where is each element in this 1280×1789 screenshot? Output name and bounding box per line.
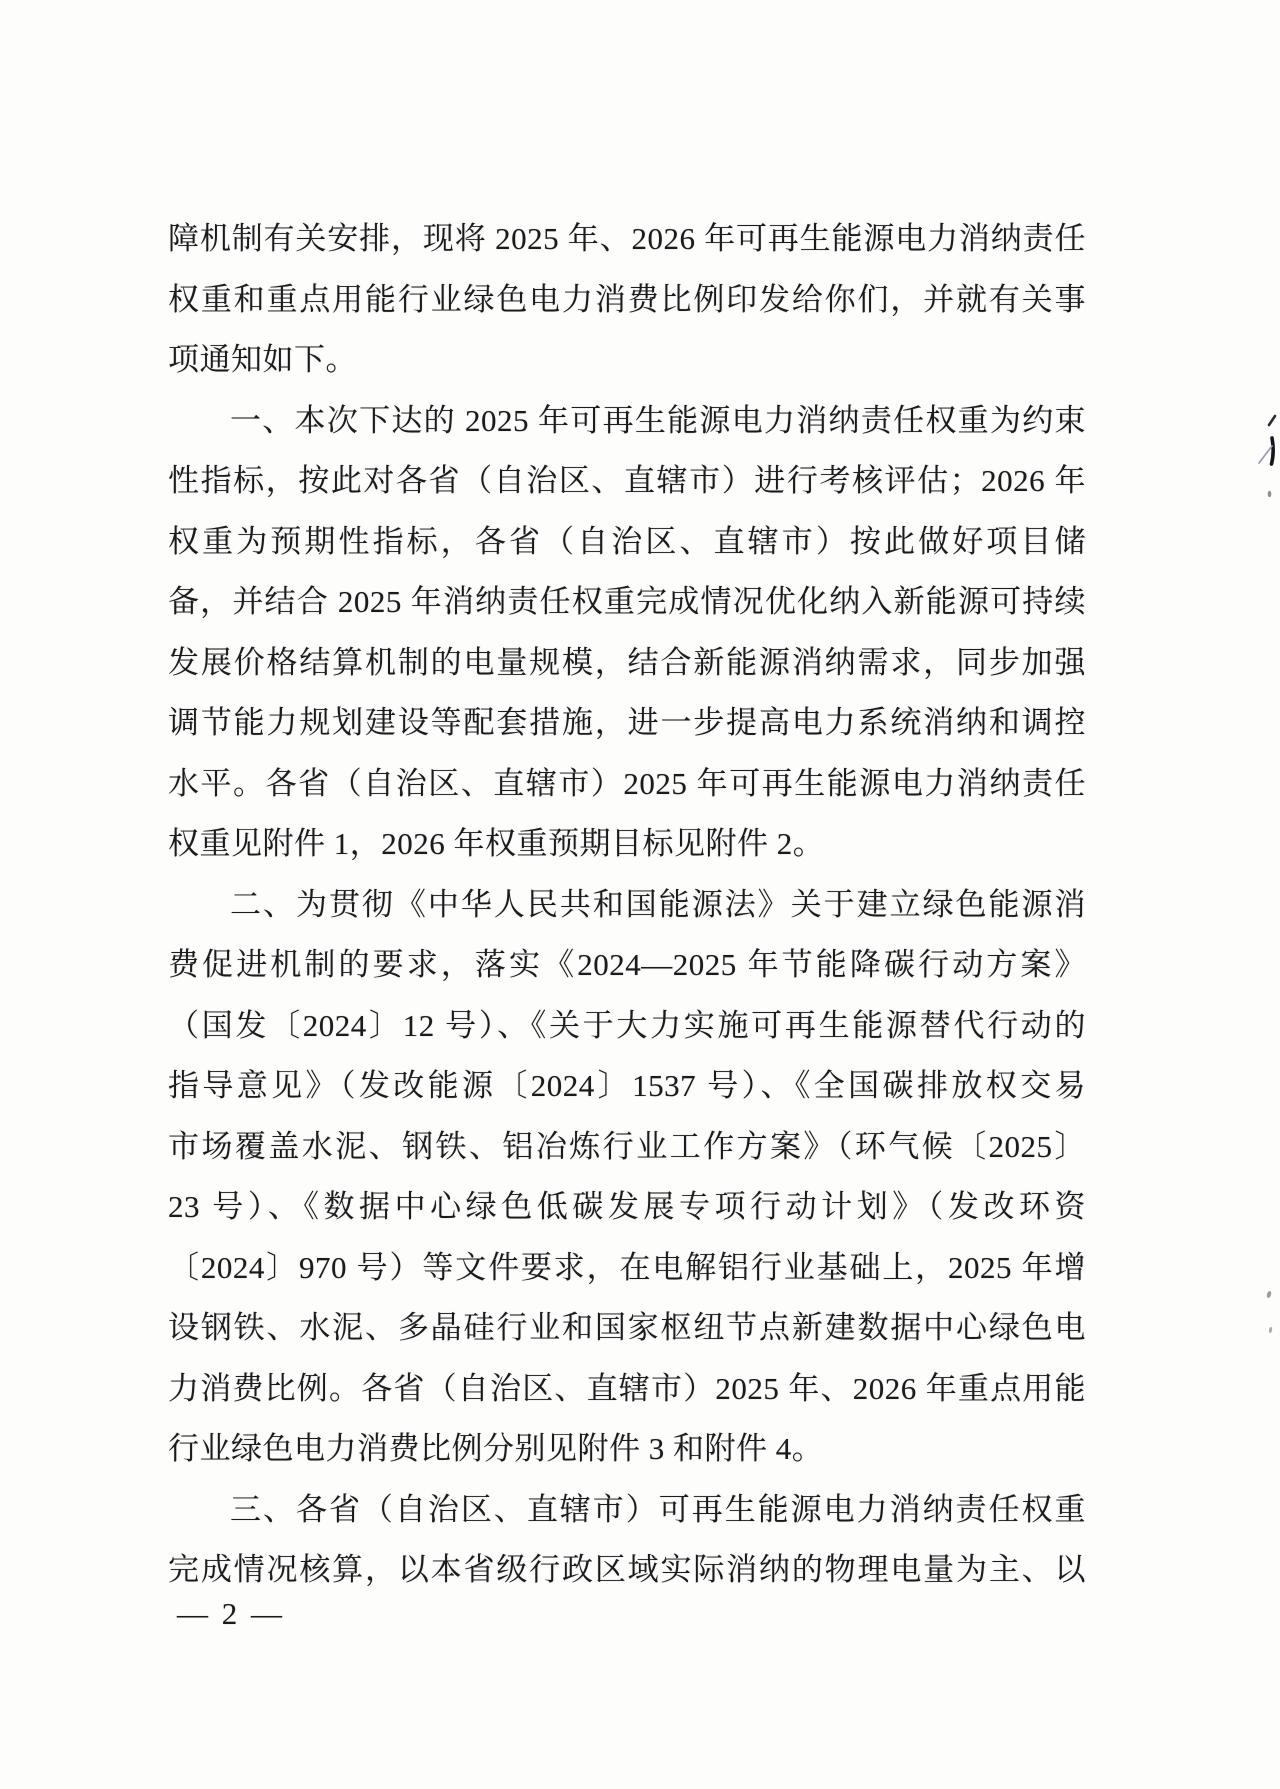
text-line: 23 号）、《数据中心绿色低碳发展专项行动计划》（发改环资 bbox=[168, 1177, 1086, 1238]
pen-mark-artifact bbox=[1254, 408, 1280, 504]
scan-speck bbox=[1266, 1291, 1272, 1299]
page-number: — 2 — bbox=[177, 1595, 285, 1633]
text-line: （国发〔2024〕12 号）、《关于大力实施可再生能源替代行动的 bbox=[168, 996, 1086, 1057]
scanned-document-page: 障机制有关安排，现将 2025 年、2026 年可再生能源电力消纳责任权重和重点… bbox=[0, 0, 1280, 1789]
text-line: 力消费比例。各省（自治区、直辖市）2025 年、2026 年重点用能 bbox=[168, 1359, 1086, 1420]
text-line: 完成情况核算，以本省级行政区域实际消纳的物理电量为主、以 bbox=[168, 1540, 1086, 1601]
body-text: 障机制有关安排，现将 2025 年、2026 年可再生能源电力消纳责任权重和重点… bbox=[168, 209, 1086, 1601]
text-line: 一、本次下达的 2025 年可再生能源电力消纳责任权重为约束 bbox=[168, 391, 1086, 452]
text-line: 〔2024〕970 号）等文件要求，在电解铝行业基础上，2025 年增 bbox=[168, 1238, 1086, 1299]
text-line: 权重见附件 1，2026 年权重预期目标见附件 2。 bbox=[168, 814, 1086, 875]
text-line: 指导意见》（发改能源〔2024〕1537 号）、《全国碳排放权交易 bbox=[168, 1056, 1086, 1117]
text-line: 二、为贯彻《中华人民共和国能源法》关于建立绿色能源消 bbox=[168, 875, 1086, 936]
text-line: 发展价格结算机制的电量规模，结合新能源消纳需求，同步加强 bbox=[168, 633, 1086, 694]
text-line: 市场覆盖水泥、钢铁、铝冶炼行业工作方案》（环气候〔2025〕 bbox=[168, 1117, 1086, 1178]
text-line: 水平。各省（自治区、直辖市）2025 年可再生能源电力消纳责任 bbox=[168, 754, 1086, 815]
text-line: 备，并结合 2025 年消纳责任权重完成情况优化纳入新能源可持续 bbox=[168, 572, 1086, 633]
text-line: 障机制有关安排，现将 2025 年、2026 年可再生能源电力消纳责任 bbox=[168, 209, 1086, 270]
text-line: 调节能力规划建设等配套措施，进一步提高电力系统消纳和调控 bbox=[168, 693, 1086, 754]
text-line: 权重和重点用能行业绿色电力消费比例印发给你们，并就有关事 bbox=[168, 270, 1086, 331]
text-line: 三、各省（自治区、直辖市）可再生能源电力消纳责任权重 bbox=[168, 1480, 1086, 1541]
text-line: 费促进机制的要求，落实《2024—2025 年节能降碳行动方案》 bbox=[168, 935, 1086, 996]
text-line: 行业绿色电力消费比例分别见附件 3 和附件 4。 bbox=[168, 1419, 1086, 1480]
text-line: 项通知如下。 bbox=[168, 330, 1086, 391]
scan-speck bbox=[1268, 1327, 1272, 1333]
text-line: 设钢铁、水泥、多晶硅行业和国家枢纽节点新建数据中心绿色电 bbox=[168, 1298, 1086, 1359]
text-line: 性指标，按此对各省（自治区、直辖市）进行考核评估；2026 年 bbox=[168, 451, 1086, 512]
text-line: 权重为预期性指标，各省（自治区、直辖市）按此做好项目储 bbox=[168, 512, 1086, 573]
